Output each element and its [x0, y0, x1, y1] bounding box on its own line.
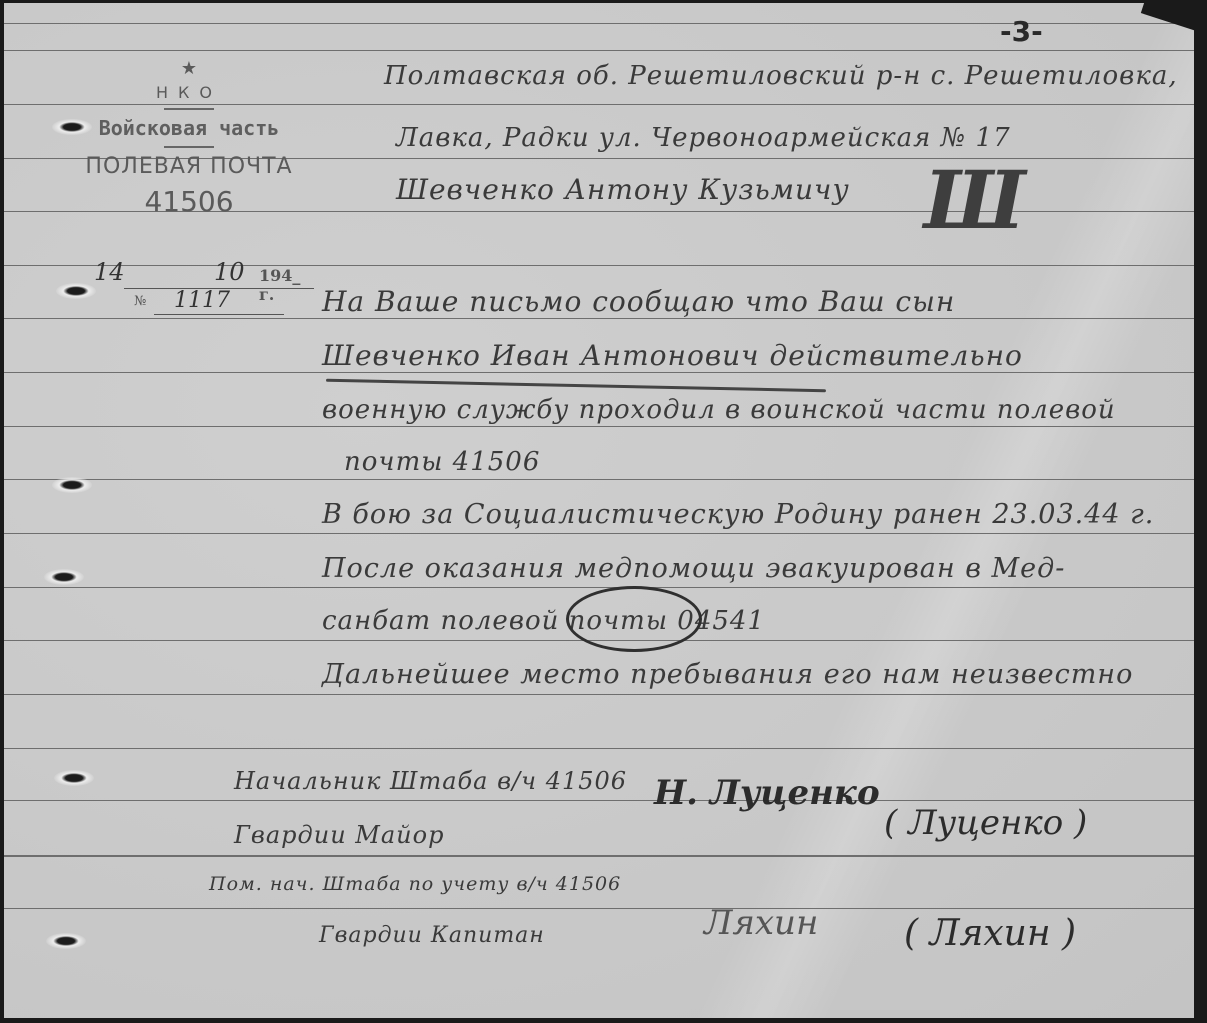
- signature-2-name: ( Ляхин ): [904, 913, 1076, 954]
- body-line-3: военную службу проходил в воинской части…: [322, 395, 1116, 425]
- signature-1-name: ( Луценко ): [884, 803, 1087, 843]
- stamp-date-year: 194_ г.: [259, 266, 304, 304]
- ruled-line: [4, 855, 1194, 857]
- circled-post-number: [566, 586, 702, 652]
- ruled-line: [4, 587, 1194, 588]
- star-icon: ★: [74, 58, 304, 79]
- signature-2-rank: Гвардии Капитан: [319, 923, 545, 948]
- strikethrough-line: [326, 379, 826, 392]
- stamp-org: НКО: [74, 83, 304, 102]
- stamp-ref-number: 1117: [174, 288, 230, 313]
- address-line-3: Шевченко Антону Кузьмичу: [396, 173, 850, 206]
- ruled-line: [4, 50, 1194, 51]
- ruled-line: [4, 479, 1194, 480]
- ruled-line: [4, 426, 1194, 427]
- body-line-1: На Ваше письмо сообщаю что Ваш сын: [322, 285, 955, 318]
- ruled-line: [4, 908, 1194, 909]
- ruled-line: [4, 372, 1194, 373]
- document-sheet: ★ НКО Войсковая часть ПОЛЕВАЯ ПОЧТА 4150…: [4, 3, 1194, 1018]
- ruled-line: [4, 800, 1194, 801]
- address-line-1: Полтавская об. Решетиловский р-н с. Реше…: [384, 61, 1178, 91]
- body-line-8: Дальнейшее место пребывания его нам неиз…: [322, 659, 1133, 690]
- body-line-4: почты 41506: [344, 447, 540, 477]
- punch-hole: [54, 770, 94, 786]
- signature-2-title: Пом. нач. Штаба по учету в/ч 41506: [209, 873, 621, 895]
- punch-hole: [52, 477, 92, 493]
- signature-2: Ляхин: [704, 903, 818, 943]
- stamp-post-number: 41506: [74, 185, 304, 218]
- stamp-divider: [164, 108, 214, 110]
- stamp-unit-label: Войсковая часть: [74, 116, 304, 140]
- punch-hole: [44, 569, 84, 585]
- signature-1-rank: Гвардии Майор: [234, 821, 444, 849]
- ruled-line: [4, 694, 1194, 695]
- stamp-ref-label: №: [134, 294, 146, 309]
- body-line-5: В бою за Социалистическую Родину ранен 2…: [322, 499, 1154, 530]
- ruled-line: [4, 748, 1194, 749]
- stamp-post-label: ПОЛЕВАЯ ПОЧТА: [74, 154, 304, 179]
- signature-1-title: Начальник Штаба в/ч 41506: [234, 767, 627, 795]
- stamp-date-block: 14 10 194_ г. № 1117: [84, 258, 304, 318]
- stamp-date-day: 14: [94, 258, 125, 286]
- stamp-ref-underline: [154, 314, 284, 315]
- resolution-mark: Ш: [924, 153, 1025, 247]
- page-number: -3-: [1000, 15, 1043, 48]
- body-line-2: Шевченко Иван Антонович действительно: [322, 339, 1023, 372]
- body-line-6: После оказания медпомощи эвакуирован в М…: [322, 553, 1065, 584]
- stamp-date-month: 10: [214, 258, 245, 286]
- punch-hole: [46, 933, 86, 949]
- ruled-line: [4, 533, 1194, 534]
- stamp-divider: [164, 146, 214, 148]
- ruled-line: [4, 318, 1194, 319]
- field-post-stamp: ★ НКО Войсковая часть ПОЛЕВАЯ ПОЧТА 4150…: [74, 58, 304, 218]
- address-line-2: Лавка, Радки ул. Червоноармейская № 17: [396, 123, 1011, 153]
- signature-1: Н. Луценко: [654, 773, 880, 813]
